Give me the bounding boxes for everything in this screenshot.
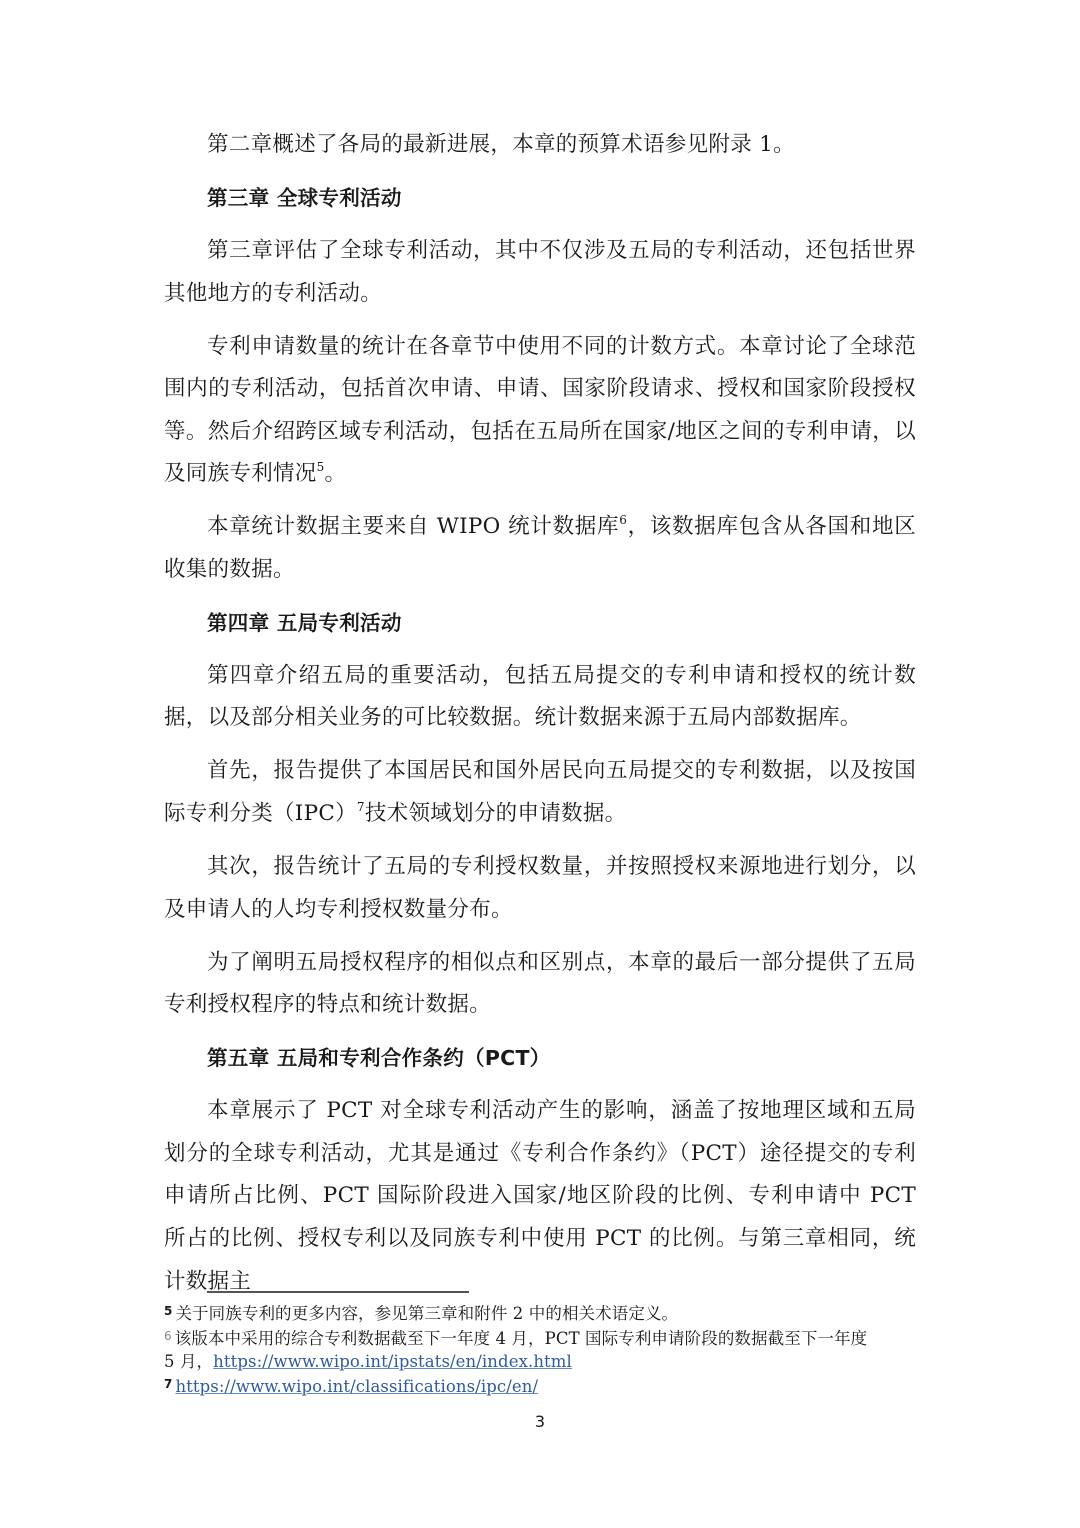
paragraph-text: 第三章评估了全球专利活动，其中不仅涉及五局的专利活动，还包括世界其他地方的专利活… [164, 238, 916, 306]
paragraph-text-tail: 。 [325, 461, 347, 486]
heading-chapter5: 第五章 五局和专利合作条约（PCT） [164, 1037, 916, 1080]
heading-text: 第四章 五局专利活动 [207, 611, 402, 635]
page-number: 3 [0, 1412, 1080, 1431]
footnote-text: 该版本中采用的综合专利数据截至下一年度 4 月，PCT 国际专利申请阶段的数据截… [175, 1329, 867, 1348]
footnote-number: 6 [164, 1329, 172, 1343]
heading-chapter3: 第三章 全球专利活动 [164, 177, 916, 220]
paragraph-chapter3-counting: 专利申请数量的统计在各章节中使用不同的计数方式。本章讨论了全球范围内的专利活动，… [164, 326, 916, 496]
footnote-ref-5[interactable]: 5 [317, 460, 325, 474]
paragraph-chapter4-intro: 第四章介绍五局的重要活动，包括五局提交的专利申请和授权的统计数据，以及部分相关业… [164, 655, 916, 740]
heading-text: 第三章 全球专利活动 [207, 186, 402, 210]
paragraph-text-tail: 技术领域划分的申请数据。 [365, 801, 627, 826]
paragraph-text: 为了阐明五局授权程序的相似点和区别点，本章的最后一部分提供了五局专利授权程序的特… [164, 950, 916, 1018]
heading-chapter4: 第四章 五局专利活动 [164, 602, 916, 645]
wipo-ipc-link[interactable]: https://www.wipo.int/classifications/ipc… [175, 1377, 538, 1396]
footnote-6-continued: 5 月，https://www.wipo.int/ipstats/en/inde… [164, 1350, 916, 1373]
paragraph-chapter4-procedures: 为了阐明五局授权程序的相似点和区别点，本章的最后一部分提供了五局专利授权程序的特… [164, 942, 916, 1027]
paragraph-text: 其次，报告统计了五局的专利授权数量，并按照授权来源地进行划分，以及申请人的人均专… [164, 854, 916, 922]
paragraph-chapter3-source: 本章统计数据主要来自 WIPO 统计数据库6，该数据库包含从各国和地区收集的数据… [164, 506, 916, 591]
footnote-5: 5关于同族专利的更多内容，参见第三章和附件 2 中的相关术语定义。 [164, 1300, 916, 1325]
paragraph-chapter3-intro: 第三章评估了全球专利活动，其中不仅涉及五局的专利活动，还包括世界其他地方的专利活… [164, 230, 916, 315]
footnote-ref-7[interactable]: 7 [357, 800, 365, 814]
paragraph-text: 本章展示了 PCT 对全球专利活动产生的影响，涵盖了按地理区域和五局划分的全球专… [164, 1098, 916, 1293]
paragraph-chapter4-first: 首先，报告提供了本国居民和国外居民向五局提交的专利数据，以及按国际专利分类（IP… [164, 750, 916, 835]
footnote-text: 5 月， [164, 1352, 213, 1371]
paragraph-text: 第四章介绍五局的重要活动，包括五局提交的专利申请和授权的统计数据，以及部分相关业… [164, 663, 916, 731]
footnote-text: 关于同族专利的更多内容，参见第三章和附件 2 中的相关术语定义。 [175, 1304, 678, 1323]
heading-text: 第五章 五局和专利合作条约（PCT） [207, 1046, 551, 1070]
footnote-7: 7https://www.wipo.int/classifications/ip… [164, 1373, 916, 1398]
paragraph-chapter2-summary: 第二章概述了各局的最新进展，本章的预算术语参见附录 1。 [164, 124, 916, 167]
footnote-6: 6该版本中采用的综合专利数据截至下一年度 4 月，PCT 国际专利申请阶段的数据… [164, 1325, 916, 1350]
paragraph-text: 本章统计数据主要来自 WIPO 统计数据库 [207, 514, 619, 539]
paragraph-text: 专利申请数量的统计在各章节中使用不同的计数方式。本章讨论了全球范围内的专利活动，… [164, 334, 916, 487]
paragraph-chapter5-intro: 本章展示了 PCT 对全球专利活动产生的影响，涵盖了按地理区域和五局划分的全球专… [164, 1090, 916, 1303]
footnote-number: 5 [164, 1304, 172, 1318]
paragraph-text: 第二章概述了各局的最新进展，本章的预算术语参见附录 1。 [207, 132, 795, 157]
footnotes: 5关于同族专利的更多内容，参见第三章和附件 2 中的相关术语定义。 6该版本中采… [164, 1300, 916, 1398]
footnote-separator [207, 1291, 469, 1293]
footnote-number: 7 [164, 1377, 172, 1391]
footnote-ref-6[interactable]: 6 [619, 513, 627, 527]
wipo-ipstats-link[interactable]: https://www.wipo.int/ipstats/en/index.ht… [213, 1352, 572, 1371]
paragraph-chapter4-second: 其次，报告统计了五局的专利授权数量，并按照授权来源地进行划分，以及申请人的人均专… [164, 846, 916, 931]
document-page: 第二章概述了各局的最新进展，本章的预算术语参见附录 1。 第三章 全球专利活动 … [0, 0, 1080, 1528]
main-body: 第二章概述了各局的最新进展，本章的预算术语参见附录 1。 第三章 全球专利活动 … [164, 124, 916, 1314]
